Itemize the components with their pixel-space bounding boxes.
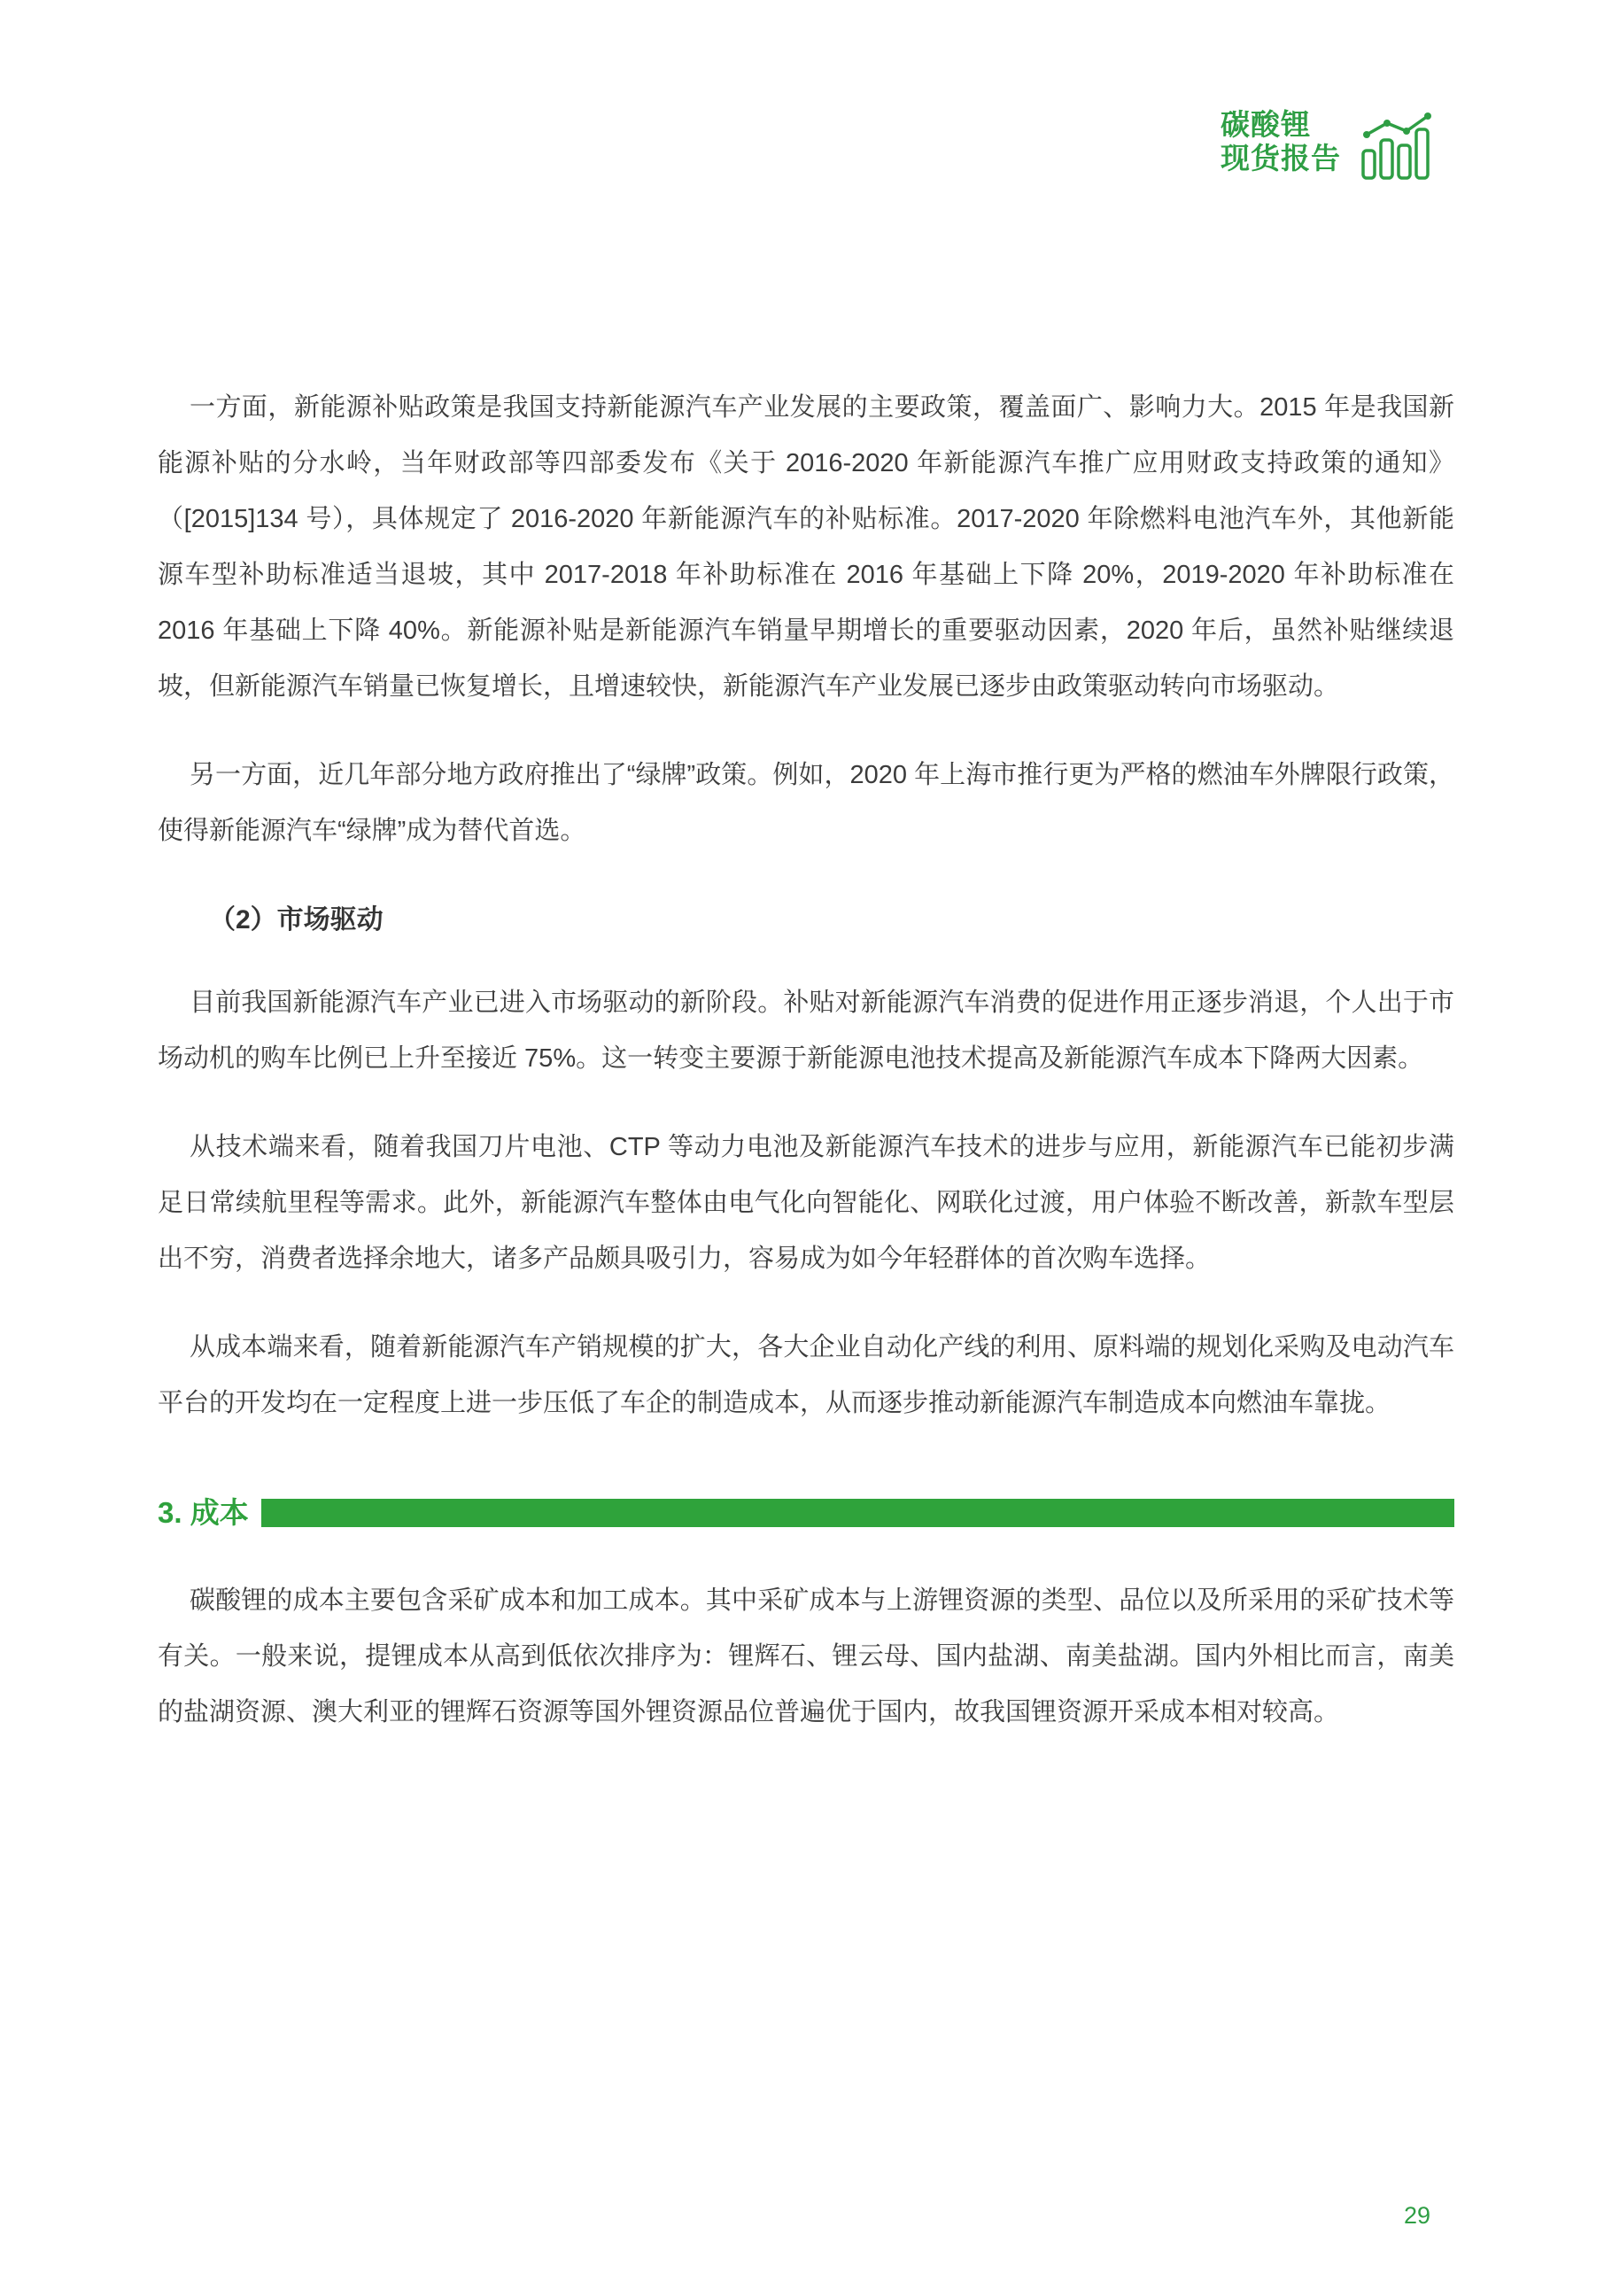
paragraph-lithium-cost: 碳酸锂的成本主要包含采矿成本和加工成本。其中采矿成本与上游锂资源的类型、品位以及… xyxy=(158,1573,1454,1741)
report-logo: 碳酸锂 现货报告 xyxy=(1221,108,1433,181)
paragraph-subsidy-policy: 一方面，新能源补贴政策是我国支持新能源汽车产业发展的主要政策，覆盖面广、影响力大… xyxy=(158,380,1454,715)
logo-title-line1: 碳酸锂 xyxy=(1221,108,1341,142)
logo-title-line2: 现货报告 xyxy=(1221,142,1341,175)
paragraph-green-plate-policy: 另一方面，近几年部分地方政府推出了“绿牌”政策。例如，2020 年上海市推行更为… xyxy=(158,748,1454,859)
paragraph-cost-side: 从成本端来看，随着新能源汽车产销规模的扩大，各大企业自动化产线的利用、原料端的规… xyxy=(158,1320,1454,1431)
heading-market-drive: （2）市场驱动 xyxy=(158,892,1454,948)
logo-title: 碳酸锂 现货报告 xyxy=(1221,108,1341,175)
page-number: 29 xyxy=(1404,2202,1430,2230)
paragraph-technology-side: 从技术端来看，随着我国刀片电池、CTP 等动力电池及新能源汽车技术的进步与应用，… xyxy=(158,1120,1454,1287)
document-body: 一方面，新能源补贴政策是我国支持新能源汽车产业发展的主要政策，覆盖面广、影响力大… xyxy=(158,380,1454,1773)
paragraph-market-stage: 目前我国新能源汽车产业已进入市场驱动的新阶段。补贴对新能源汽车消费的促进作用正逐… xyxy=(158,975,1454,1087)
section-heading-cost: 3. 成本 xyxy=(158,1485,1454,1540)
section-heading-bar xyxy=(261,1499,1454,1527)
section-title-cost: 3. 成本 xyxy=(158,1485,249,1540)
bar-chart-trend-icon xyxy=(1360,112,1433,181)
report-page: 碳酸锂 现货报告 一方面，新能源补贴政策是我国支持新能源汽车产业发展的主要政策，… xyxy=(0,0,1612,2296)
